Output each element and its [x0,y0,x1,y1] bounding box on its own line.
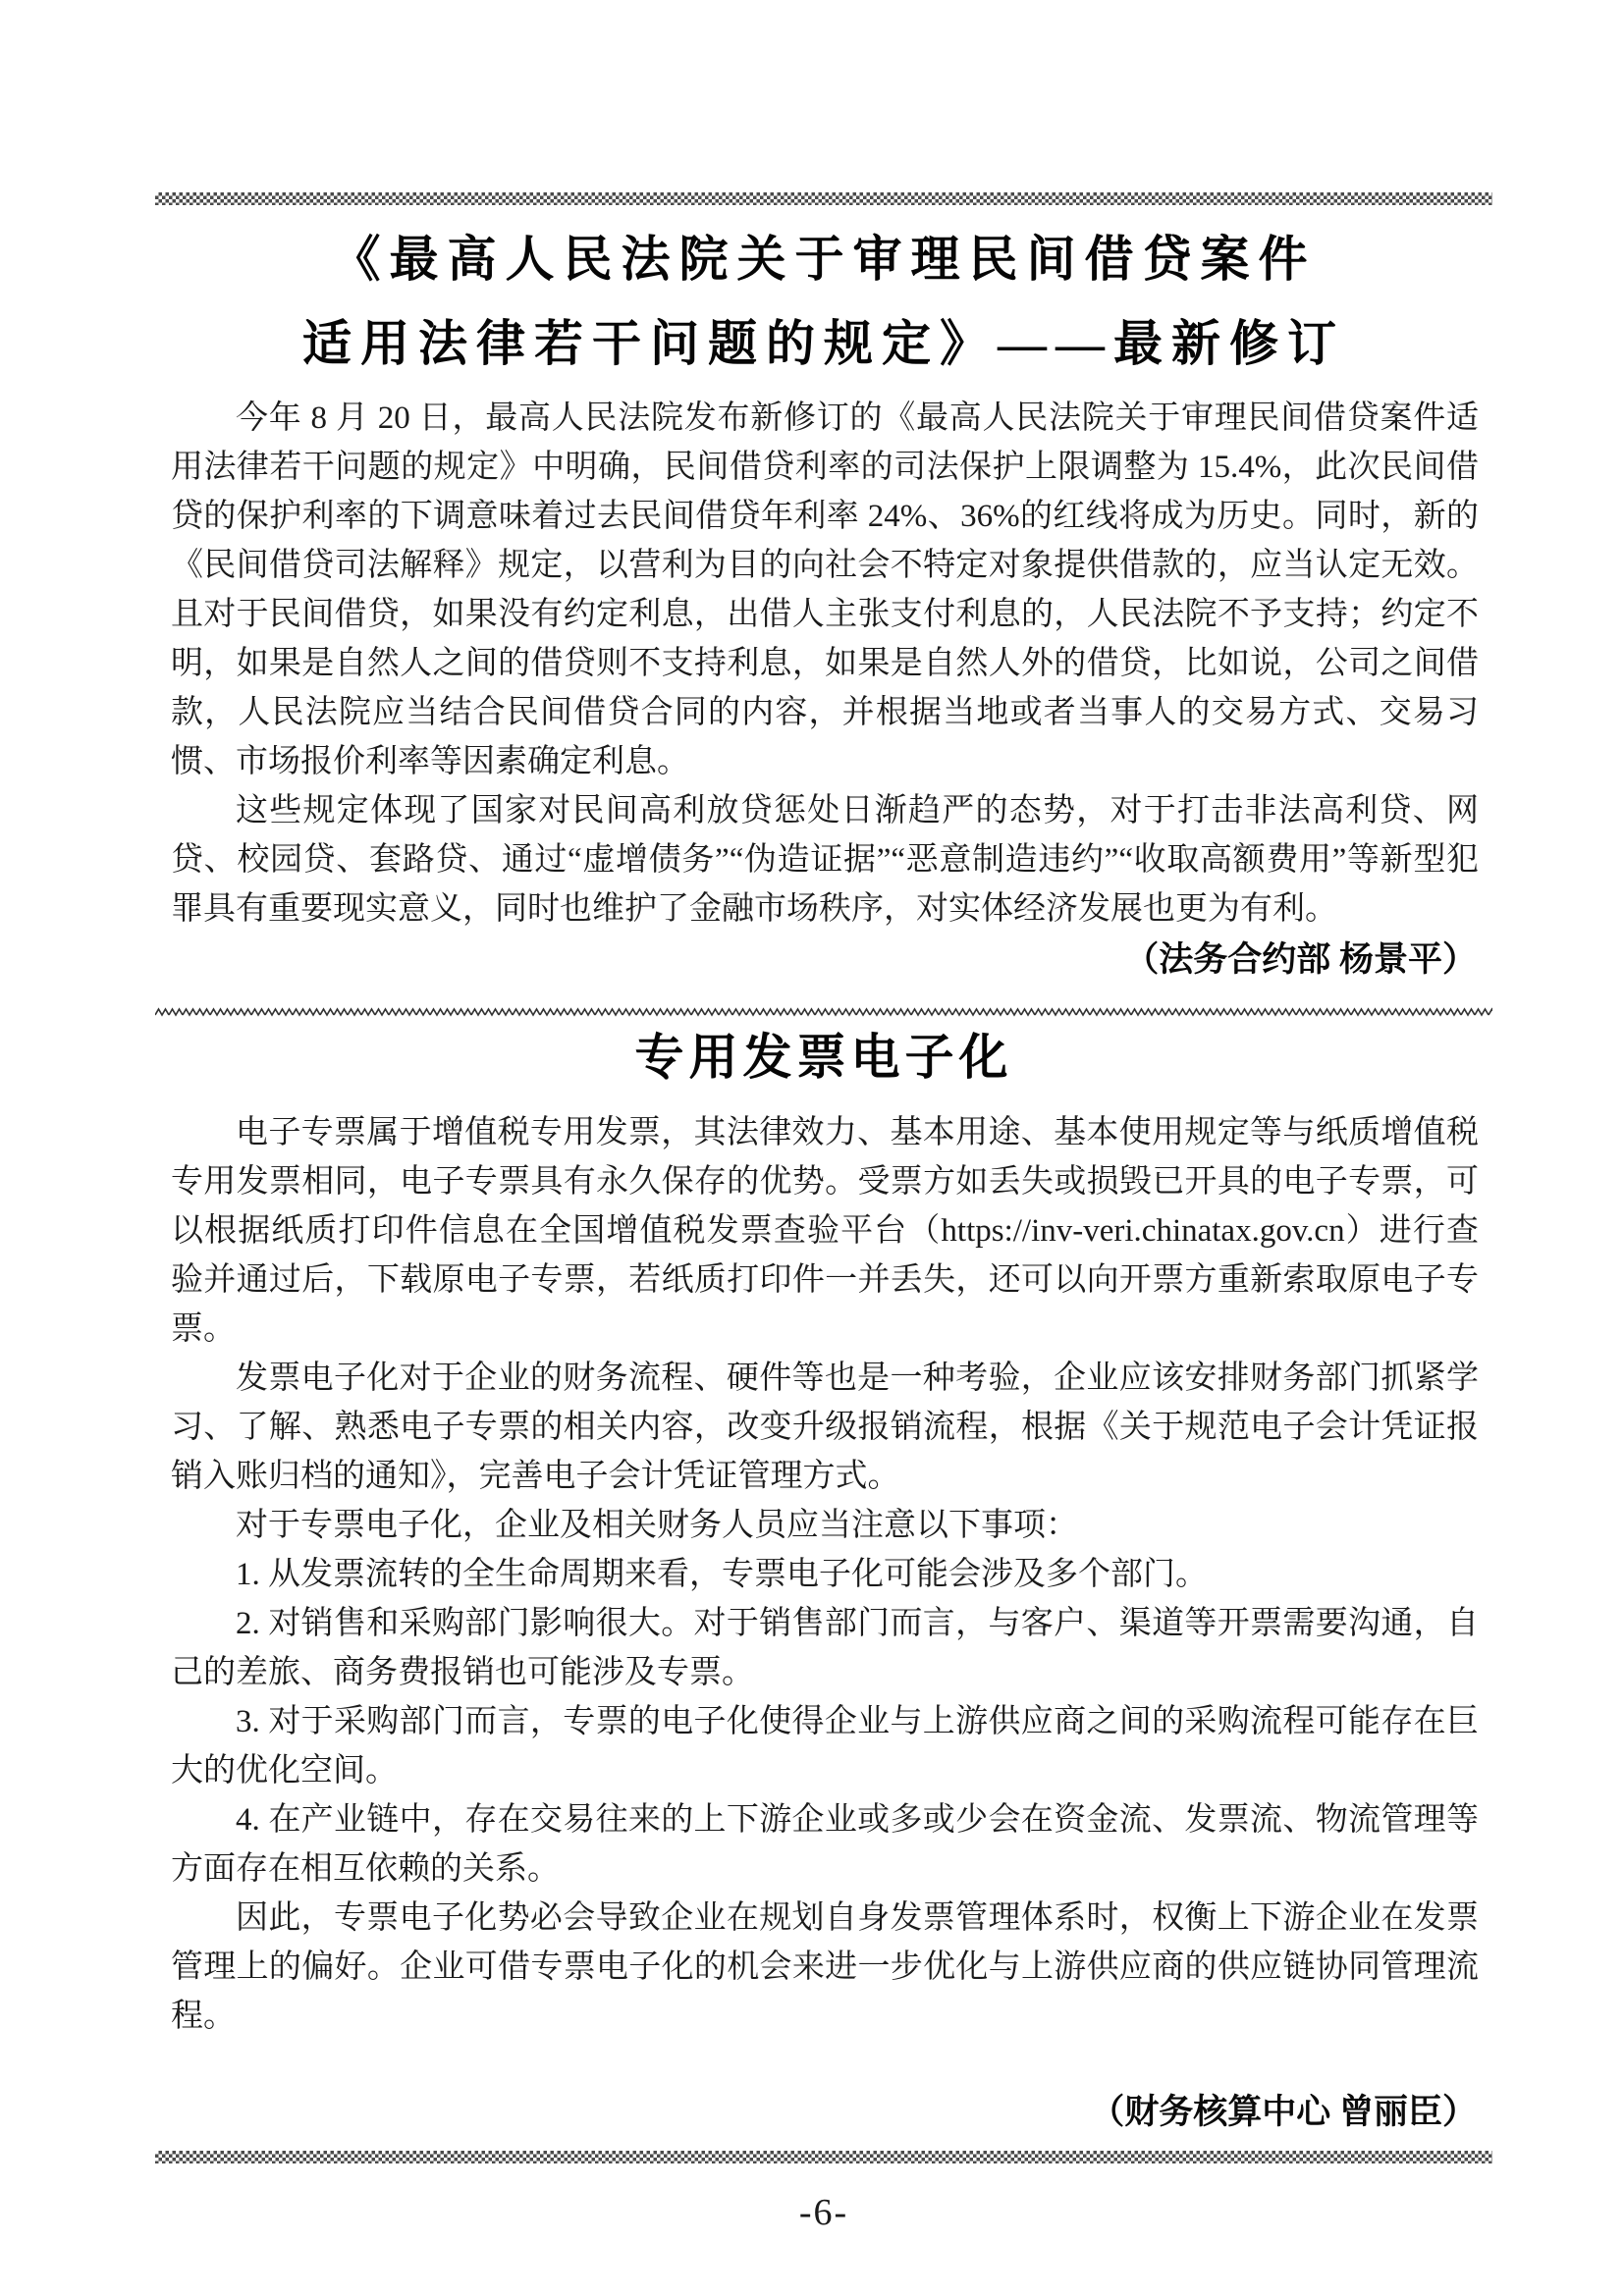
article2-paragraph-4: 1. 从发票流转的全生命周期来看，专票电子化可能会涉及多个部门。 [155,1550,1492,1599]
article2-paragraph-6: 3. 对于采购部门而言，专票的电子化使得企业与上游供应商之间的采购流程可能存在巨… [155,1697,1492,1795]
article2-paragraph-5: 2. 对销售和采购部门影响很大。对于销售部门而言，与客户、渠道等开票需要沟通，自… [155,1599,1492,1697]
article2-paragraph-1: 电子专票属于增值税专用发票，其法律效力、基本用途、基本使用规定等与纸质增值税专用… [155,1108,1492,1354]
article2-paragraph-7: 4. 在产业链中，存在交易往来的上下游企业或多或少会在资金流、发票流、物流管理等… [155,1795,1492,1894]
bottom-border-bar [155,2151,1492,2163]
section-divider [155,1006,1492,1018]
article2-signature: （财务核算中心 曾丽臣） [155,2086,1492,2139]
article2-title: 专用发票电子化 [155,1026,1492,1089]
article2-paragraph-2: 发票电子化对于企业的财务流程、硬件等也是一种考验，企业应该安排财务部门抓紧学习、… [155,1354,1492,1501]
top-border-bar [155,192,1492,205]
article1-title: 《最高人民法院关于审理民间借贷案件 适用法律若干问题的规定》——最新修订 [155,217,1492,386]
article2-paragraph-8: 因此，专票电子化势必会导致企业在规划自身发票管理体系时，权衡上下游企业在发票管理… [155,1894,1492,2041]
page-number: -6- [155,2191,1492,2234]
article1-signature: （法务合约部 杨景平） [155,934,1492,987]
article1-paragraph-2: 这些规定体现了国家对民间高利放贷惩处日渐趋严的态势，对于打击非法高利贷、网贷、校… [155,786,1492,934]
article-civil-lending-rules: 《最高人民法院关于审理民间借贷案件 适用法律若干问题的规定》——最新修订 今年 … [155,217,1492,987]
document-page: 《最高人民法院关于审理民间借贷案件 适用法律若干问题的规定》——最新修订 今年 … [0,0,1624,2296]
article1-title-line2: 适用法律若干问题的规定》——最新修订 [155,301,1492,386]
zigzag-line-icon [155,1006,1492,1018]
article-electronic-invoice: 专用发票电子化 电子专票属于增值税专用发票，其法律效力、基本用途、基本使用规定等… [155,1026,1492,2139]
article1-paragraph-1: 今年 8 月 20 日，最高人民法院发布新修订的《最高人民法院关于审理民间借贷案… [155,394,1492,786]
article1-title-line1: 《最高人民法院关于审理民间借贷案件 [155,217,1492,301]
article2-paragraph-3: 对于专票电子化，企业及相关财务人员应当注意以下事项： [155,1501,1492,1550]
